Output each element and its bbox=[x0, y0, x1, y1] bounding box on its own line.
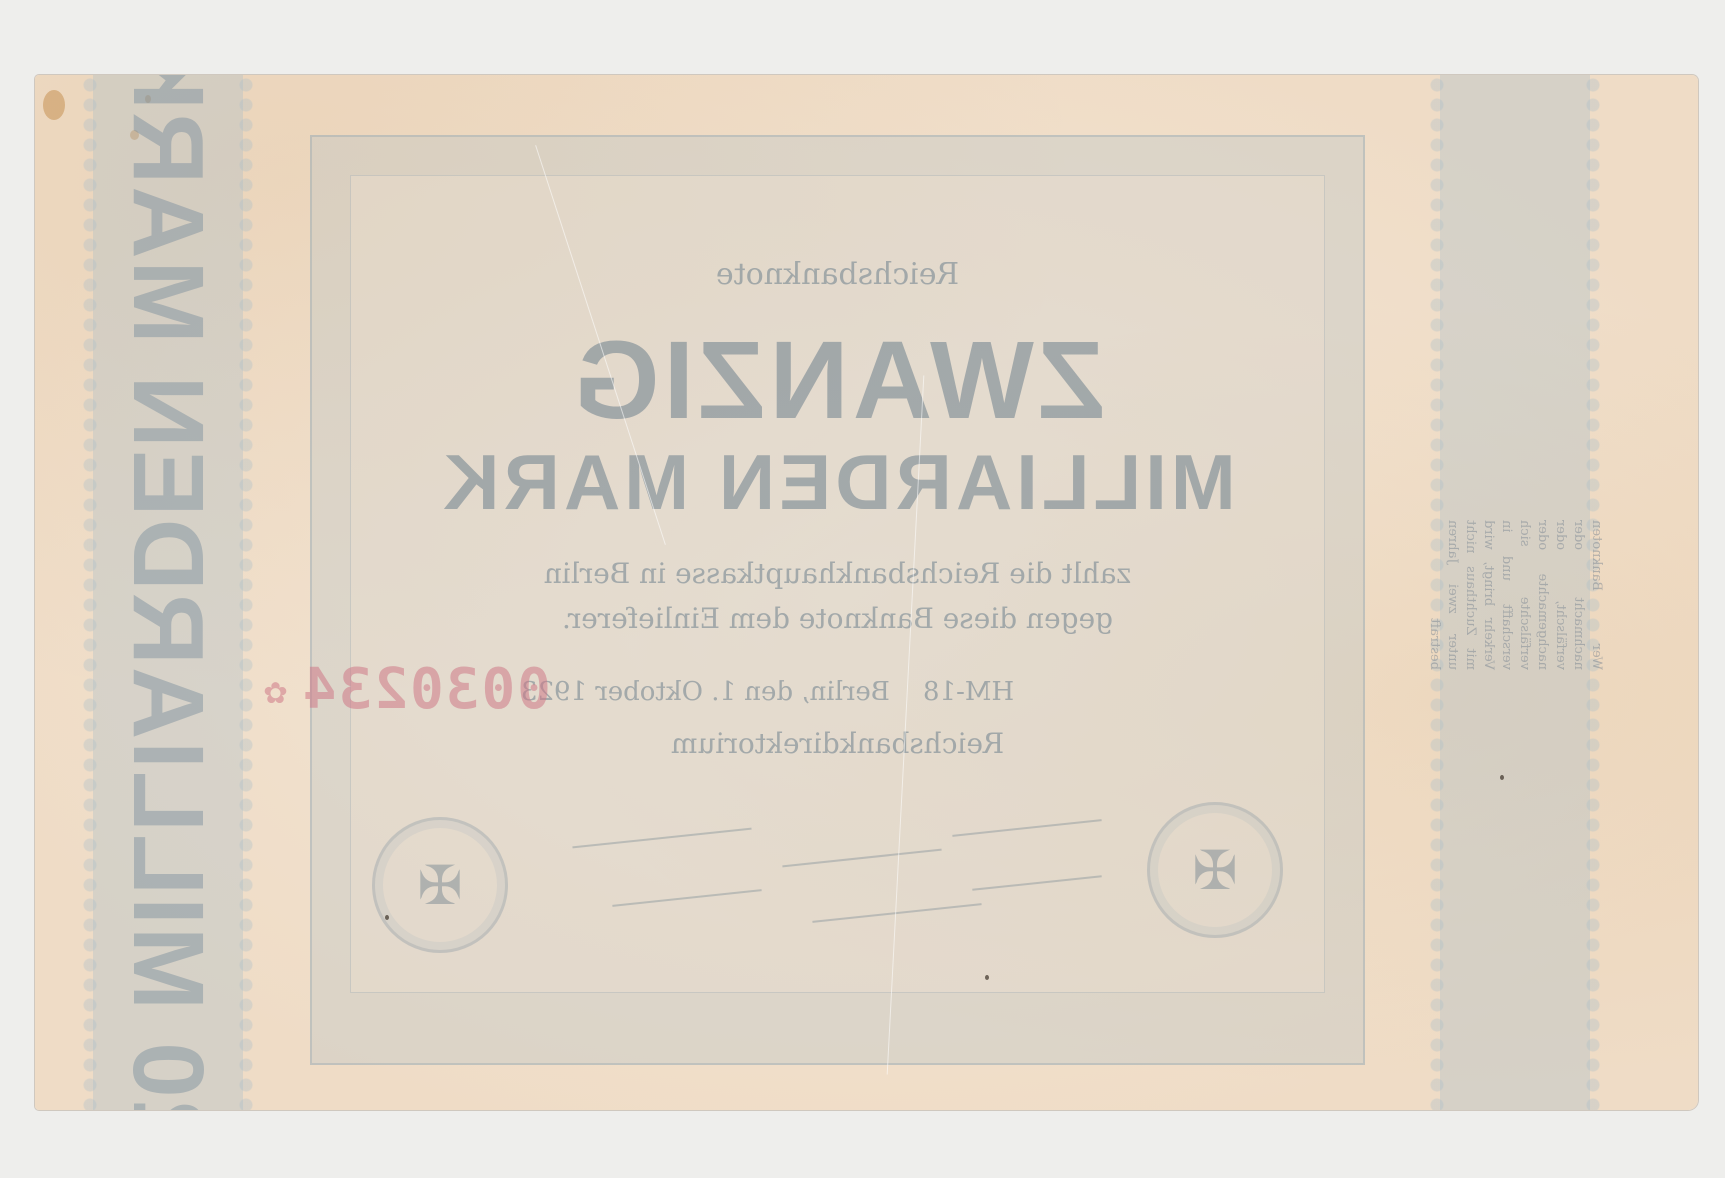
penalty-clause: Wer Banknoten nachmacht oder verfälscht,… bbox=[1425, 520, 1605, 670]
speck bbox=[385, 915, 389, 920]
left-band-label: 20 MILLIARDEN MARK bbox=[111, 75, 226, 1110]
denomination-word: ZWANZIG bbox=[312, 317, 1363, 444]
serial-star-icon: ✿ bbox=[262, 668, 287, 712]
promise-line-2: gegen diese Banknote dem Einlieferer. bbox=[312, 602, 1363, 635]
serial-digits: 0030234 bbox=[301, 657, 551, 722]
right-band-text: Wer Banknoten nachmacht oder verfälscht,… bbox=[1440, 115, 1590, 1075]
denomination-unit: MILLIARDEN MARK bbox=[312, 437, 1363, 528]
banknote: 20 MILLIARDEN MARK Wer Banknoten nachmac… bbox=[35, 75, 1698, 1110]
serial-number: 0030234 ✿ bbox=[262, 657, 551, 722]
issuer-line: Reichsbanknote bbox=[312, 257, 1363, 292]
speck bbox=[1500, 775, 1504, 780]
series-prefix: HM-18 bbox=[923, 677, 1014, 707]
right-seal-eagle-icon: ✠ bbox=[1147, 802, 1283, 938]
central-frame: Reichsbanknote ZWANZIG MILLIARDEN MARK z… bbox=[310, 135, 1365, 1065]
stain bbox=[43, 90, 65, 120]
authority-line: Reichsbankdirektorium bbox=[312, 727, 1363, 760]
left-band-text: 20 MILLIARDEN MARK bbox=[93, 115, 243, 1075]
promise-line-1: zahlt die Reichsbankhauptkasse in Berlin bbox=[312, 557, 1363, 590]
issue-date: Berlin, den 1. Oktober 1923 bbox=[521, 677, 890, 707]
left-seal-eagle-icon: ✠ bbox=[372, 817, 508, 953]
speck bbox=[985, 975, 989, 980]
